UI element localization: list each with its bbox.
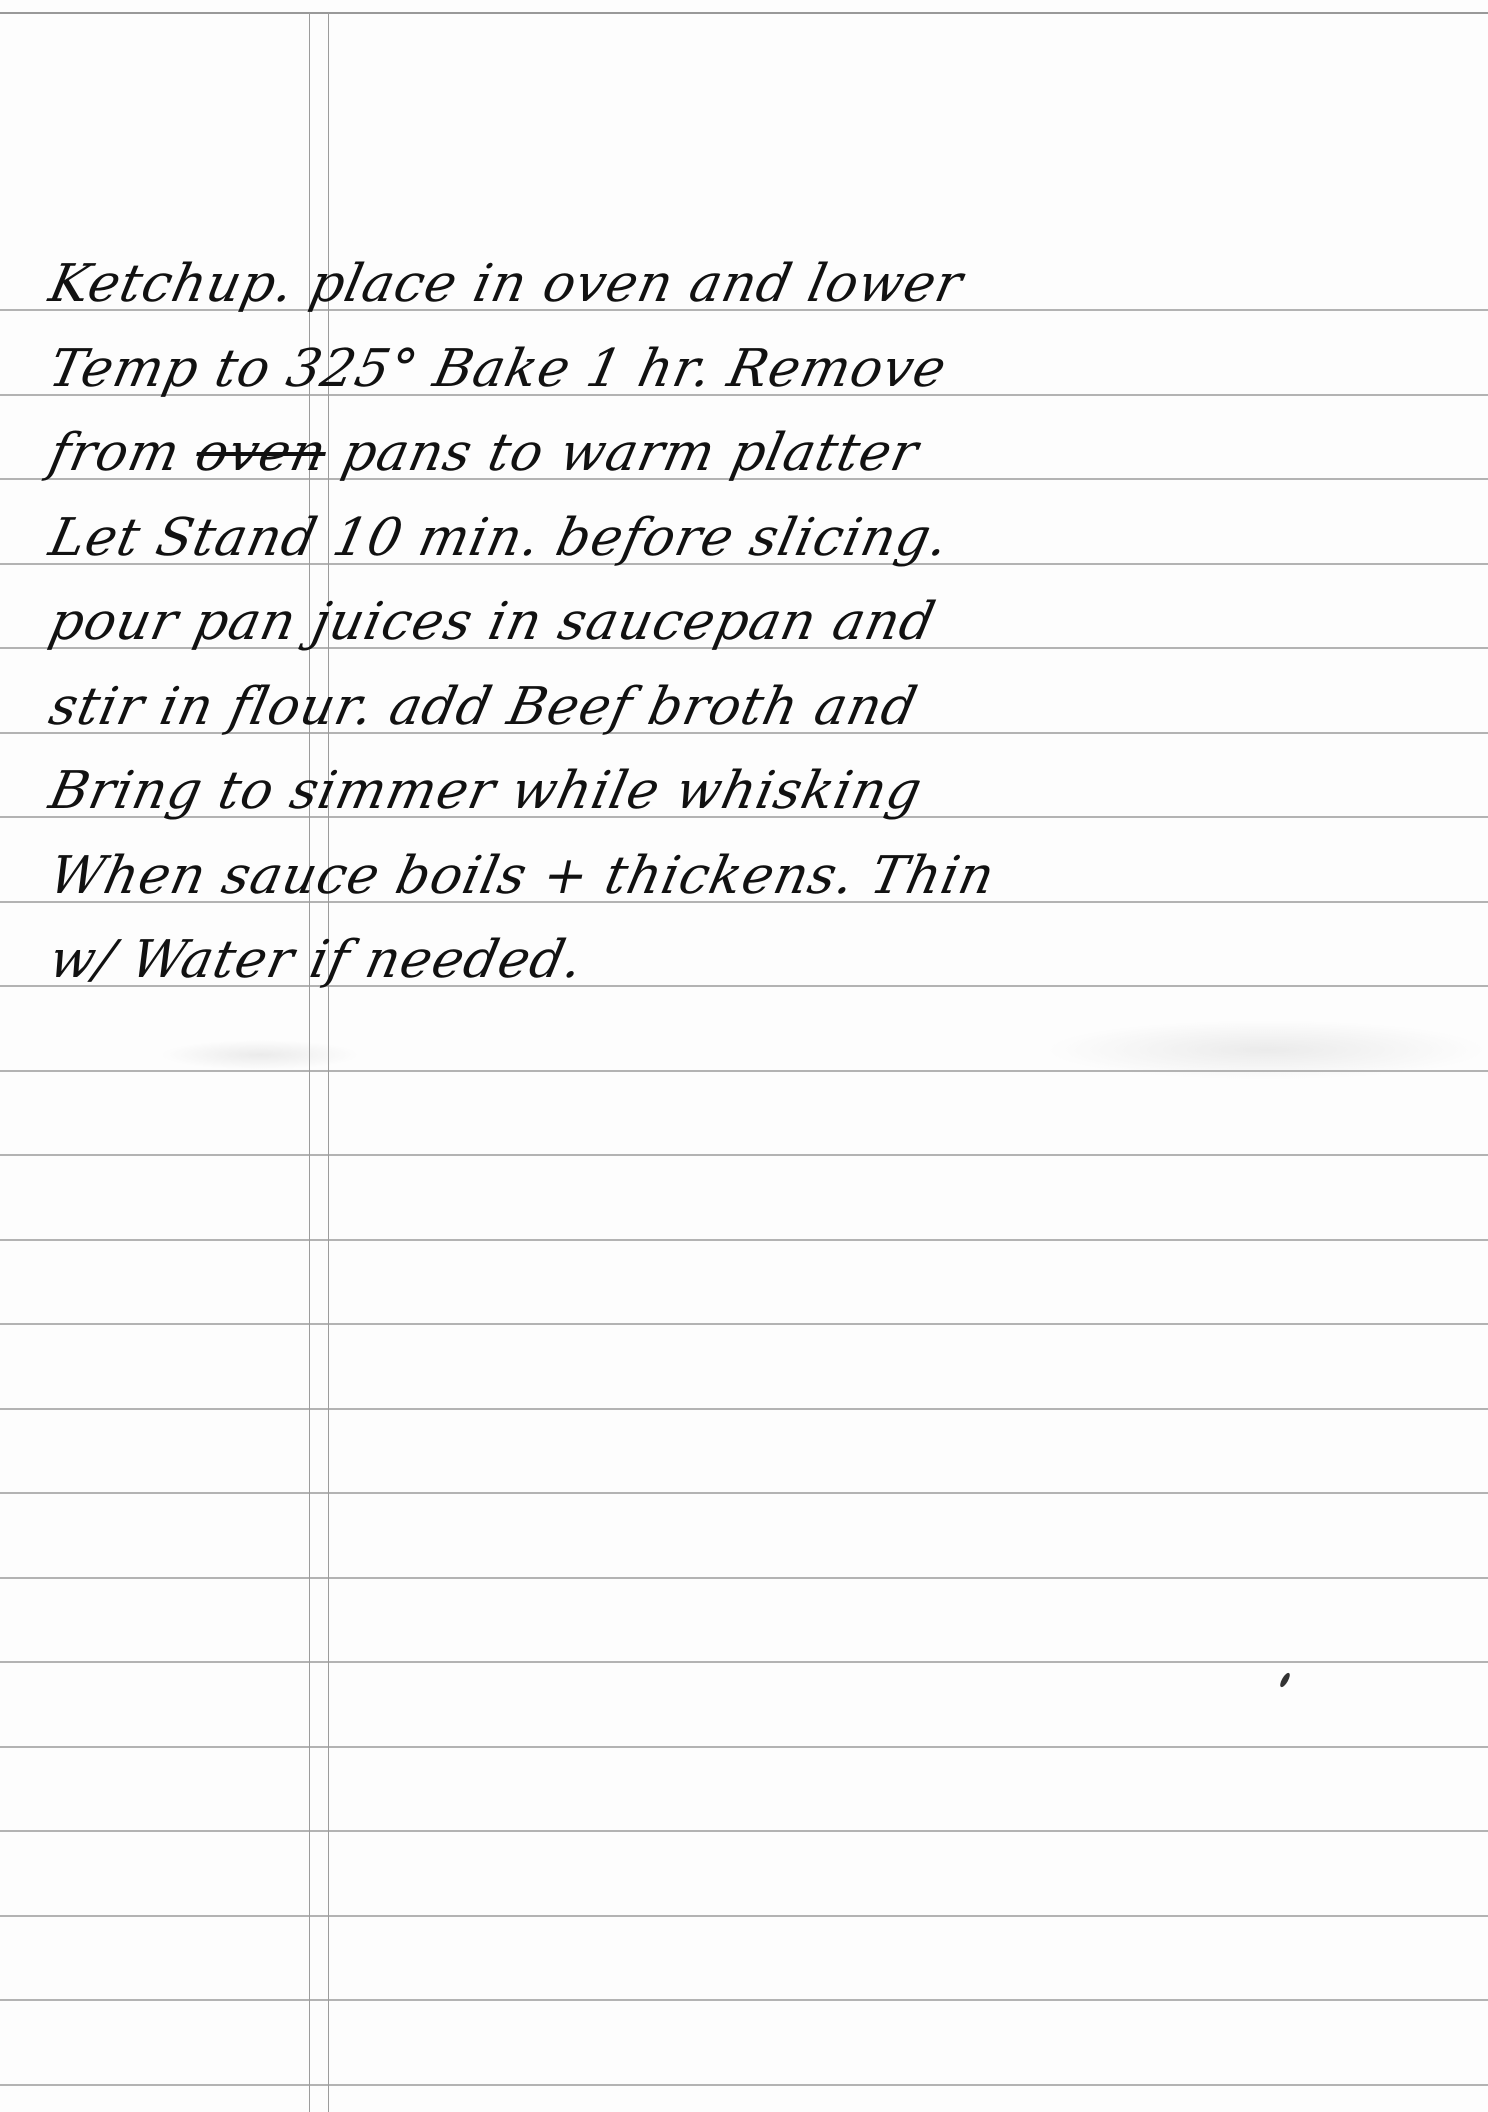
struck-text-segment: oven: [190, 423, 332, 483]
text-line: Temp to 325° Bake 1 hr. Remove: [45, 343, 951, 395]
text-segment: pour pan juices in saucepan and: [44, 592, 941, 652]
text-segment: from: [44, 423, 203, 483]
ruled-line: [0, 1239, 1488, 1241]
ruled-line: [0, 1830, 1488, 1832]
text-line: from oven pans to warm platter: [45, 427, 923, 479]
text-segment: pans to warm platter: [319, 423, 924, 483]
text-line: Let Stand 10 min. before slicing.: [45, 512, 954, 564]
notebook-page: Ketchup. place in oven and lower Temp to…: [0, 0, 1488, 2112]
text-segment: Bring to simmer while whisking: [44, 761, 927, 821]
ruled-line: [0, 1577, 1488, 1579]
text-segment: w/ Water if needed.: [44, 930, 589, 990]
text-segment: When sauce boils + thickens. Thin: [44, 846, 1000, 906]
ruled-line: [0, 1492, 1488, 1494]
text-line: When sauce boils + thickens. Thin: [45, 850, 1000, 902]
text-segment: stir in flour. add Beef broth and: [44, 677, 923, 737]
text-line: Bring to simmer while whisking: [45, 765, 927, 817]
top-rule: [0, 12, 1488, 14]
ruled-line: [0, 1746, 1488, 1748]
ruled-line: [0, 1408, 1488, 1410]
text-line: Ketchup. place in oven and lower: [45, 258, 967, 310]
ruled-line: [0, 1154, 1488, 1156]
text-line: pour pan juices in saucepan and: [45, 596, 940, 648]
ruled-line: [0, 2084, 1488, 2086]
text-line: w/ Water if needed.: [45, 934, 588, 986]
text-segment: Let Stand 10 min. before slicing.: [44, 508, 954, 568]
paper-smudge: [1045, 1020, 1488, 1080]
ruled-line: [0, 1915, 1488, 1917]
ink-mark: [1278, 1672, 1291, 1689]
paper-smudge: [160, 1040, 360, 1070]
text-segment: Temp to 325° Bake 1 hr. Remove: [44, 339, 952, 399]
ruled-line: [0, 1661, 1488, 1663]
ruled-line: [0, 1999, 1488, 2001]
text-line: stir in flour. add Beef broth and: [45, 681, 922, 733]
text-segment: Ketchup. place in oven and lower: [44, 254, 968, 314]
ruled-line: [0, 1323, 1488, 1325]
